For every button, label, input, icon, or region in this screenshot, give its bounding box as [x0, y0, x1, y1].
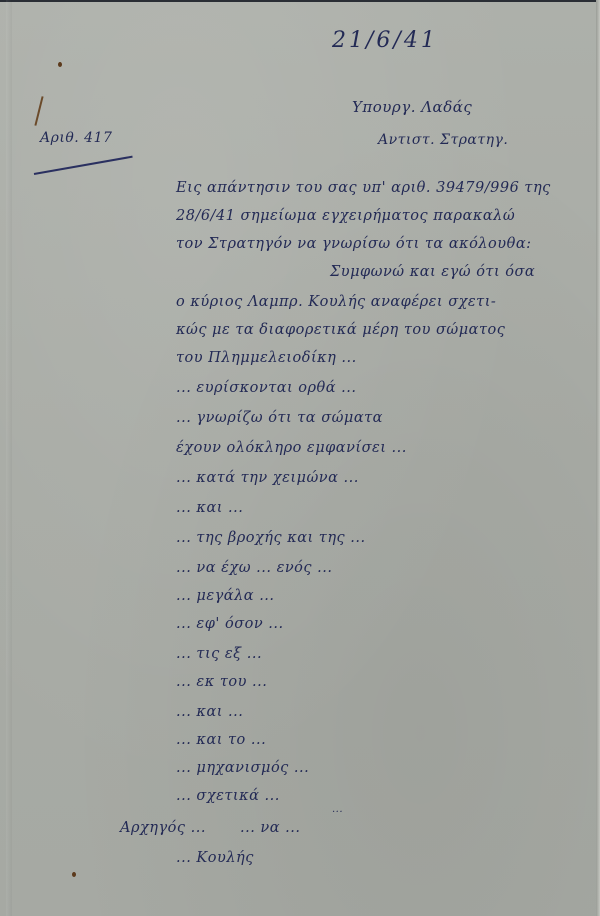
body-line: ... τις εξ ...: [176, 646, 262, 662]
body-line: ... μεγάλα ...: [176, 588, 275, 604]
letter-date: 21/6/41: [332, 28, 438, 53]
scanned-letter-page: 21/6/41 Υπουργ. Λαδάς Αντιστ. Στρατηγ. Α…: [0, 0, 600, 916]
body-line: του Πλημμελειοδίκη ...: [176, 350, 357, 366]
body-line: κώς με τα διαφορετικά μέρη του σώματος: [176, 322, 505, 338]
body-line: ... και ...: [176, 500, 243, 516]
body-line: έχουν ολόκληρο εμφανίσει ...: [176, 440, 407, 456]
recipient-line-2: Αντιστ. Στρατηγ.: [378, 132, 508, 148]
body-line: ... κατά την χειμώνα ...: [176, 470, 359, 486]
reference-number: Αριθ. 417: [40, 130, 112, 146]
body-line: ο κύριος Λαμπρ. Κουλής αναφέρει σχετι-: [176, 294, 496, 310]
closing-line: ... Κουλής: [176, 850, 254, 866]
ink-spot: [72, 872, 76, 877]
reference-underline: [34, 156, 133, 175]
body-line: ... να έχω ... ενός ...: [176, 560, 332, 576]
body-line: ... σχετικά ...: [176, 788, 280, 804]
body-line: ... και το ...: [176, 732, 266, 748]
ink-spot: [58, 62, 62, 67]
body-line: τον Στρατηγόν να γνωρίσω ότι τα ακόλουθα…: [176, 236, 532, 252]
recipient-line-1: Υπουργ. Λαδάς: [352, 98, 472, 116]
body-line: Συμφωνώ και εγώ ότι όσα: [330, 264, 535, 280]
paper-fold: [6, 0, 12, 916]
body-line: ... εφ' όσον ...: [176, 616, 284, 632]
body-line: ... ευρίσκονται ορθά ...: [176, 380, 357, 396]
body-line: Εις απάντησιν του σας υπ' αριθ. 39479/99…: [176, 180, 551, 196]
pencil-mark: [34, 96, 43, 126]
scan-top-edge: [0, 0, 600, 2]
margin-note: Αρχηγός ...: [120, 820, 206, 836]
inserted-word: ...: [332, 804, 343, 815]
body-line: ... της βροχής και της ...: [176, 530, 366, 546]
body-line: 28/6/41 σημείωμα εγχειρήματος παρακαλώ: [176, 208, 515, 224]
body-line: ... μηχανισμός ...: [176, 760, 309, 776]
body-line: ... γνωρίζω ότι τα σώματα: [176, 410, 383, 426]
body-line: ... και ...: [176, 704, 243, 720]
body-line: ... εκ του ...: [176, 674, 267, 690]
paper-right-edge: [596, 0, 600, 916]
body-line: ... να ...: [240, 820, 300, 836]
